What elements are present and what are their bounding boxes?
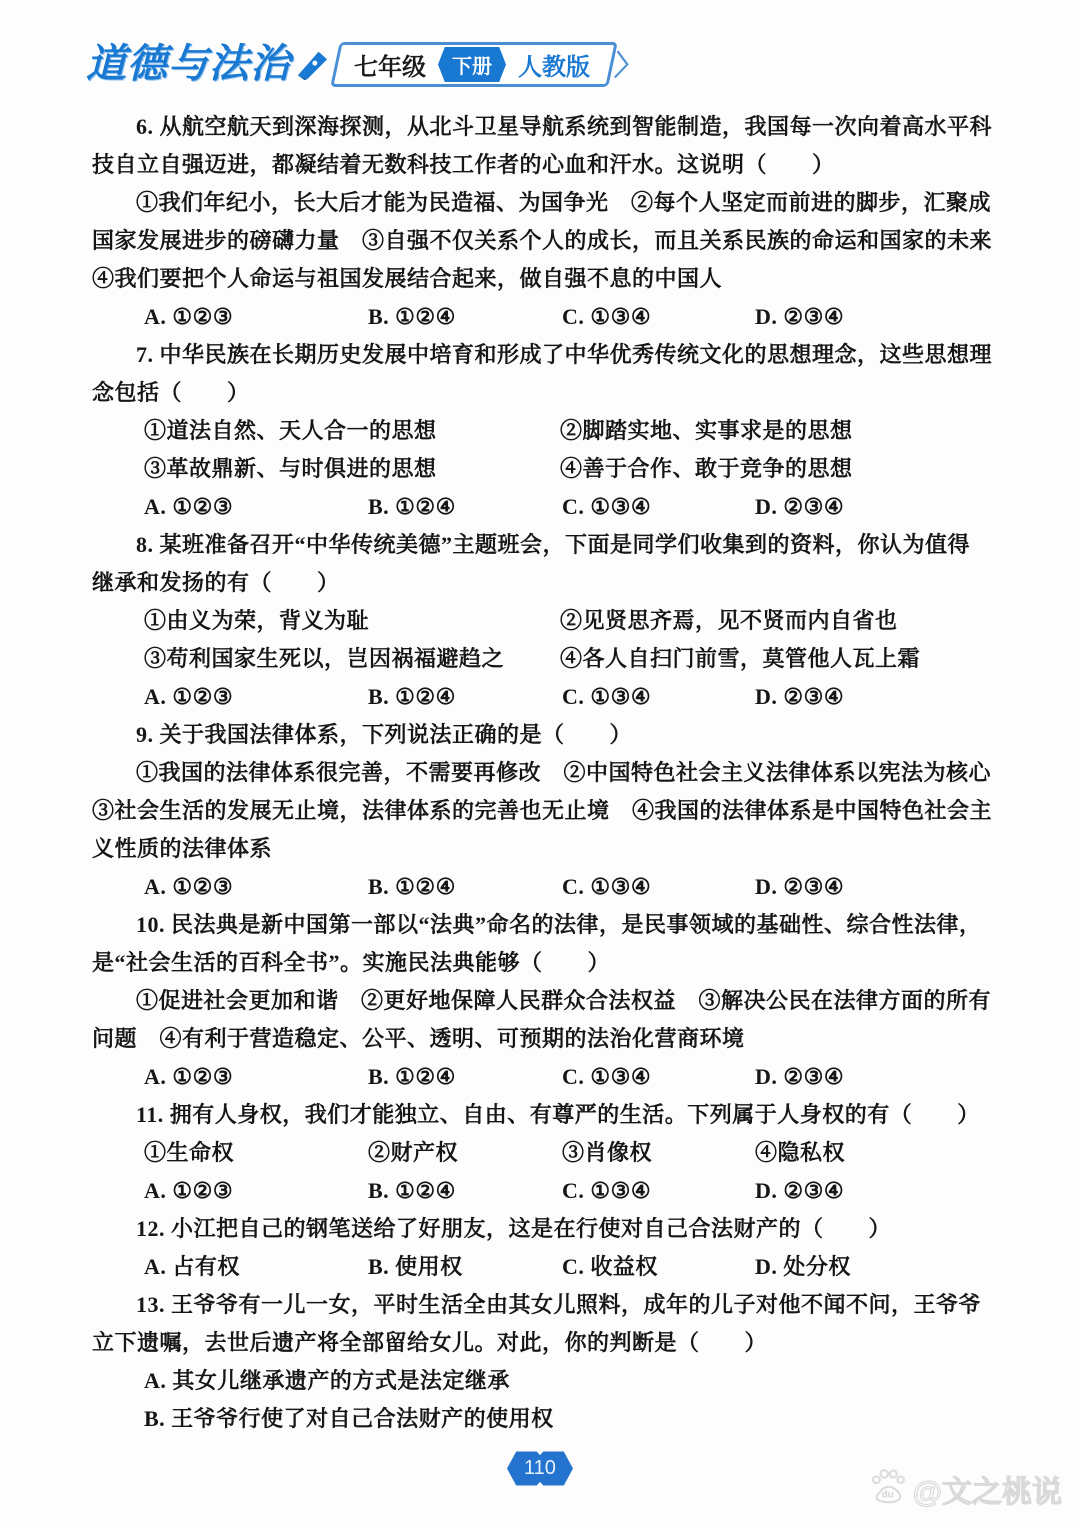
option-b: B. ①②④ [368,298,562,336]
answer-options-row: A. ①②③ B. ①②④ C. ①③④ D. ②③④ [144,678,992,716]
svg-text:du: du [881,1490,893,1501]
page-header: 道德与法治 七年级 下册 人教版 〉 [86,36,1080,92]
option-a: A. ①②③ [144,868,368,906]
edition-label: 人教版 [518,47,590,82]
question-11: 11.拥有人身权，我们才能独立、自由、有尊严的生活。下列属于人身权的有（ ） ①… [92,1096,992,1210]
question-6: 6.从航空航天到深海探测，从北斗卫星导航系统到智能制造，我国每一次向着高水平科技… [92,108,992,336]
option-a: A. ①②③ [144,678,368,716]
question-13: 13.王爷爷有一儿一女，平时生活全由其女儿照料，成年的儿子对他不闻不问，王爷爷立… [92,1286,992,1438]
answer-options-row: A. ①②③ B. ①②④ C. ①③④ D. ②③④ [144,868,992,906]
item-3: ③苟利国家生死以，岂因祸福避趋之 [144,640,560,678]
question-8: 8.某班准备召开“中华传统美德”主题班会，下面是同学们收集到的资料，你认为值得继… [92,526,992,716]
question-stem-text: 中华民族在长期历史发展中培育和形成了中华优秀传统文化的思想理念，这些思想理念包括… [92,342,992,405]
option-a: A. ①②③ [144,1058,368,1096]
question-number: 6. [136,114,154,139]
question-stem-text: 王爷爷有一儿一女，平时生活全由其女儿照料，成年的儿子对他不闻不问，王爷爷立下遗嘱… [92,1292,981,1355]
question-number: 12. [136,1216,165,1241]
question-items: ①我国的法律体系很完善，不需要再修改 ②中国特色社会主义法律体系以宪法为核心 ③… [92,754,992,868]
question-items-grid: ①由义为荣，背义为耻 ②见贤思齐焉，见不贤而内自省也 ③苟利国家生死以，岂因祸福… [144,602,992,678]
option-d: D. ②③④ [755,298,992,336]
item-3: ③肖像权 [562,1134,755,1172]
item-1: ①道法自然、天人合一的思想 [144,412,560,450]
answer-options-row: A. ①②③ B. ①②④ C. ①③④ D. ②③④ [144,1058,992,1096]
option-c: C. ①③④ [562,678,755,716]
question-stem: 7.中华民族在长期历史发展中培育和形成了中华优秀传统文化的思想理念，这些思想理念… [92,336,992,412]
watermark: du @文之桃说 [869,1466,1062,1512]
question-items-grid: ①道法自然、天人合一的思想 ②脚踏实地、实事求是的思想 ③革故鼎新、与时俱进的思… [144,412,992,488]
answer-options-row: A. 占有权 B. 使用权 C. 收益权 D. 处分权 [144,1248,992,1286]
banner-chevron-icon: 〉 [613,44,645,84]
option-d: D. ②③④ [755,488,992,526]
option-a: A. ①②③ [144,1172,368,1210]
option-c: C. ①③④ [562,488,755,526]
option-b: B. 使用权 [368,1248,562,1286]
option-c: C. ①③④ [562,1058,755,1096]
question-stem: 9.关于我国法律体系，下列说法正确的是（ ） [92,716,992,754]
question-number: 13. [136,1292,165,1317]
option-a: A. 其女儿继承遗产的方式是法定继承 [144,1362,992,1400]
question-stem: 13.王爷爷有一儿一女，平时生活全由其女儿照料，成年的儿子对他不闻不问，王爷爷立… [92,1286,992,1362]
edition-banner: 七年级 下册 人教版 [330,42,618,87]
item-3: ③革故鼎新、与时俱进的思想 [144,450,560,488]
question-items-grid: ①生命权 ②财产权 ③肖像权 ④隐私权 [144,1134,992,1172]
book-logo: 道德与法治 [86,44,291,84]
question-stem-text: 民法典是新中国第一部以“法典”命名的法律，是民事领域的基础性、综合性法律，是“社… [92,912,982,975]
option-b: B. ①②④ [368,1172,562,1210]
question-12: 12.小江把自己的钢笔送给了好朋友，这是在行使对自己合法财产的（ ） A. 占有… [92,1210,992,1286]
question-9: 9.关于我国法律体系，下列说法正确的是（ ） ①我国的法律体系很完善，不需要再修… [92,716,992,906]
question-10: 10.民法典是新中国第一部以“法典”命名的法律，是民事领域的基础性、综合性法律，… [92,906,992,1096]
question-7: 7.中华民族在长期历史发展中培育和形成了中华优秀传统文化的思想理念，这些思想理念… [92,336,992,526]
question-items: ①我们年纪小，长大后才能为民造福、为国争光 ②每个人坚定而前进的脚步，汇聚成国家… [92,184,992,298]
option-b: B. ①②④ [368,488,562,526]
question-number: 8. [136,532,154,557]
answer-options-row: A. ①②③ B. ①②④ C. ①③④ D. ②③④ [144,298,992,336]
option-a: A. ①②③ [144,298,368,336]
option-c: C. ①③④ [562,298,755,336]
answer-options-row: A. ①②③ B. ①②④ C. ①③④ D. ②③④ [144,488,992,526]
item-1: ①由义为荣，背义为耻 [144,602,560,640]
item-4: ④善于合作、敢于竞争的思想 [560,450,992,488]
question-stem-text: 某班准备召开“中华传统美德”主题班会，下面是同学们收集到的资料，你认为值得继承和… [92,532,970,595]
option-b: B. 王爷爷行使了对自己合法财产的使用权 [144,1400,992,1438]
question-stem: 8.某班准备召开“中华传统美德”主题班会，下面是同学们收集到的资料，你认为值得继… [92,526,992,602]
question-list: 6.从航空航天到深海探测，从北斗卫星导航系统到智能制造，我国每一次向着高水平科技… [0,108,1080,1438]
option-c: C. ①③④ [562,868,755,906]
option-a: A. ①②③ [144,488,368,526]
option-d: D. ②③④ [755,678,992,716]
question-stem: 10.民法典是新中国第一部以“法典”命名的法律，是民事领域的基础性、综合性法律，… [92,906,992,982]
grade-label: 七年级 [354,47,426,82]
item-4: ④隐私权 [755,1134,992,1172]
page-number-badge: 110 [507,1450,573,1487]
question-number: 10. [136,912,165,937]
question-number: 7. [136,342,154,367]
question-stem-text: 小江把自己的钢笔送给了好朋友，这是在行使对自己合法财产的（ ） [171,1216,891,1241]
option-d: D. ②③④ [755,868,992,906]
option-b: B. ①②④ [368,678,562,716]
option-c: C. ①③④ [562,1172,755,1210]
item-2: ②脚踏实地、实事求是的思想 [560,412,992,450]
question-stem-text: 从航空航天到深海探测，从北斗卫星导航系统到智能制造，我国每一次向着高水平科技自立… [92,114,992,177]
answer-options-row: A. ①②③ B. ①②④ C. ①③④ D. ②③④ [144,1172,992,1210]
pen-nib-icon [295,48,329,87]
option-b: B. ①②④ [368,1058,562,1096]
volume-badge: 下册 [438,47,506,82]
item-2: ②财产权 [368,1134,562,1172]
question-number: 9. [136,722,154,747]
option-c: C. 收益权 [562,1248,755,1286]
baidu-paw-icon: du [869,1466,907,1512]
question-number: 11. [136,1102,164,1127]
question-stem: 6.从航空航天到深海探测，从北斗卫星导航系统到智能制造，我国每一次向着高水平科技… [92,108,992,184]
question-stem-text: 关于我国法律体系，下列说法正确的是（ ） [160,722,633,747]
option-a: A. 占有权 [144,1248,368,1286]
item-1: ①生命权 [144,1134,368,1172]
option-d: D. 处分权 [755,1248,992,1286]
item-4: ④各人自扫门前雪，莫管他人瓦上霜 [560,640,992,678]
option-d: D. ②③④ [755,1058,992,1096]
watermark-text: @文之桃说 [913,1467,1062,1511]
textbook-page: 道德与法治 七年级 下册 人教版 〉 6.从航空航天到深海探测，从北斗卫星导航系… [0,0,1080,1528]
item-2: ②见贤思齐焉，见不贤而内自省也 [560,602,992,640]
question-stem: 11.拥有人身权，我们才能独立、自由、有尊严的生活。下列属于人身权的有（ ） [92,1096,992,1134]
option-d: D. ②③④ [755,1172,992,1210]
question-items: ①促进社会更加和谐 ②更好地保障人民群众合法权益 ③解决公民在法律方面的所有问题… [92,982,992,1058]
option-b: B. ①②④ [368,868,562,906]
question-stem-text: 拥有人身权，我们才能独立、自由、有尊严的生活。下列属于人身权的有（ ） [170,1102,980,1127]
question-stem: 12.小江把自己的钢笔送给了好朋友，这是在行使对自己合法财产的（ ） [92,1210,992,1248]
